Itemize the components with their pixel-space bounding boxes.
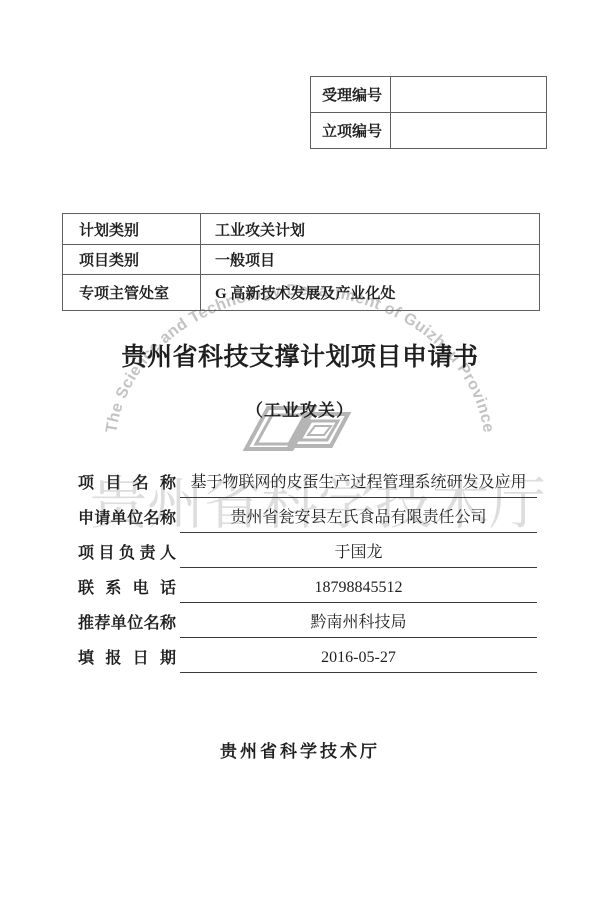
form-field-row-recommending-unit: 推荐单位名称 黔南州科技局 bbox=[78, 610, 538, 645]
contact-phone-label: 联系电话 bbox=[78, 579, 176, 599]
project-leader-label: 项目负责人 bbox=[78, 544, 176, 564]
recommending-unit-value: 黔南州科技局 bbox=[180, 610, 537, 638]
table-row: 项目类别 一般项目 bbox=[63, 245, 540, 275]
acceptance-number-label: 受理编号 bbox=[311, 77, 391, 113]
project-category-value: 一般项目 bbox=[201, 245, 540, 275]
project-leader-value: 于国龙 bbox=[180, 540, 537, 568]
form-field-row-project-leader: 项目负责人 于国龙 bbox=[78, 540, 538, 575]
page-subtitle: （工业攻关） bbox=[0, 396, 600, 421]
form-fields: 项目名称 基于物联网的皮蛋生产过程管理系统研发及应用 申请单位名称 贵州省瓮安县… bbox=[78, 470, 538, 680]
project-category-label: 项目类别 bbox=[63, 245, 201, 275]
project-name-value: 基于物联网的皮蛋生产过程管理系统研发及应用 bbox=[180, 470, 537, 498]
supervising-office-label: 专项主管处室 bbox=[63, 275, 201, 311]
supervising-office-value: G 高新技术发展及产业化处 bbox=[201, 275, 540, 311]
category-table: 计划类别 工业攻关计划 项目类别 一般项目 专项主管处室 G 高新技术发展及产业… bbox=[62, 213, 540, 311]
form-field-row-filing-date: 填报日期 2016-05-27 bbox=[78, 645, 538, 680]
contact-phone-value: 18798845512 bbox=[180, 575, 537, 603]
table-row: 立项编号 bbox=[311, 113, 547, 149]
project-name-label: 项目名称 bbox=[78, 474, 176, 494]
footer-organization: 贵州省科学技术厅 bbox=[0, 737, 600, 762]
approval-number-label: 立项编号 bbox=[311, 113, 391, 149]
applicant-unit-value: 贵州省瓮安县左氏食品有限责任公司 bbox=[180, 505, 537, 533]
table-row: 计划类别 工业攻关计划 bbox=[63, 214, 540, 245]
registration-number-table: 受理编号 立项编号 bbox=[310, 76, 547, 149]
plan-category-value: 工业攻关计划 bbox=[201, 214, 540, 245]
approval-number-value bbox=[391, 113, 547, 149]
filing-date-label: 填报日期 bbox=[78, 649, 176, 669]
filing-date-value: 2016-05-27 bbox=[180, 645, 537, 673]
plan-category-label: 计划类别 bbox=[63, 214, 201, 245]
form-field-row-project-name: 项目名称 基于物联网的皮蛋生产过程管理系统研发及应用 bbox=[78, 470, 538, 505]
page-title: 贵州省科技支撑计划项目申请书 bbox=[0, 337, 600, 373]
recommending-unit-label: 推荐单位名称 bbox=[78, 614, 176, 634]
applicant-unit-label: 申请单位名称 bbox=[78, 509, 176, 529]
table-row: 受理编号 bbox=[311, 77, 547, 113]
form-field-row-applicant-unit: 申请单位名称 贵州省瓮安县左氏食品有限责任公司 bbox=[78, 505, 538, 540]
application-form-page: The Science and Technology Department of… bbox=[0, 0, 600, 900]
form-field-row-contact-phone: 联系电话 18798845512 bbox=[78, 575, 538, 610]
table-row: 专项主管处室 G 高新技术发展及产业化处 bbox=[63, 275, 540, 311]
acceptance-number-value bbox=[391, 77, 547, 113]
